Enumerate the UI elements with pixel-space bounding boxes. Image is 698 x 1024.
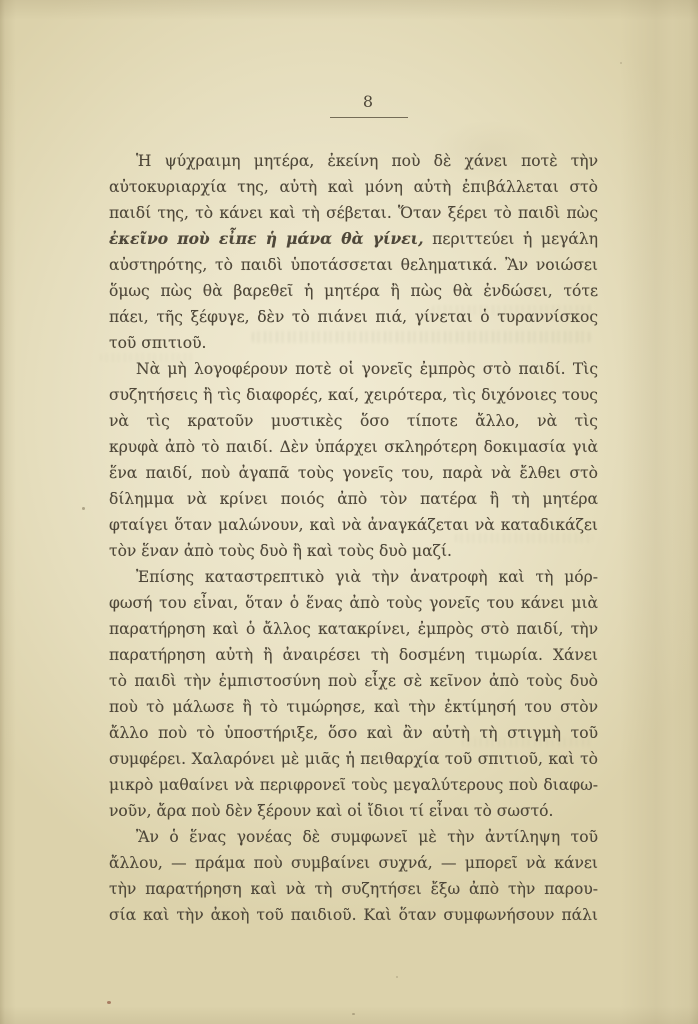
text-line: παιδί της, τὸ κάνει καὶ τὴ σέβεται. Ὅταν… <box>109 200 598 226</box>
text-line: ἐκεῖνο ποὺ εἶπε ἡ μάνα θὰ γίνει, περιττε… <box>109 226 598 252</box>
text-line: παρατήρηση αὐτὴ ἢ ἀναιρέσει τὴ δοσμένη τ… <box>109 642 598 668</box>
paragraph: Ἐπίσης καταστρεπτικὸ γιὰ τὴν ἀνατροφὴ κα… <box>109 564 598 824</box>
text-line: δίλημμα νὰ κρίνει ποιός ἀπὸ τὸν πατέρα ἢ… <box>109 486 598 512</box>
text-line: αὐστηρότης, τὸ παιδὶ ὑποτάσσεται θεληματ… <box>109 252 598 278</box>
text-line: κρυφὰ ἀπὸ τὸ παιδί. Δὲν ὑπάρχει σκληρότε… <box>109 434 598 460</box>
text-line: σία καὶ τὴν ἀκοὴ τοῦ παιδιοῦ. Καὶ ὅταν σ… <box>109 902 598 928</box>
paragraph: Ἡ ψύχραιμη μητέρα, ἐκείνη ποὺ δὲ χάνει π… <box>109 148 598 356</box>
text-line: συζητήσεις ἢ τὶς διαφορές, καί, χειρότερ… <box>109 382 598 408</box>
page-number: 8 <box>139 92 598 111</box>
text-line: φωσή του εἶναι, ὅταν ὁ ἕνας ἀπὸ τοὺς γον… <box>109 590 598 616</box>
text-line: νὰ τὶς κρατοῦν μυστικὲς ὅσο τίποτε ἄλλο,… <box>109 408 598 434</box>
text-block: Ἡ ψύχραιμη μητέρα, ἐκείνη ποὺ δὲ χάνει π… <box>109 148 598 928</box>
paper-speck <box>107 1001 111 1004</box>
text-line: ποὺ τὸ μάλωσε ἢ τὸ τιμώρησε, καὶ τὴν ἐκτ… <box>109 694 598 720</box>
text-line: φταίγει ὅταν μαλώνουν, καὶ νὰ ἀναγκάζετα… <box>109 512 598 538</box>
text-line: αὐτοκυριαρχία της, αὐτὴ καὶ μόνη αὐτὴ ἐπ… <box>109 174 598 200</box>
text-line: τὸ παιδὶ τὴν ἐμπιστοσύνη ποὺ εἶχε σὲ κεῖ… <box>109 668 598 694</box>
text-line: μικρὸ μαθαίνει νὰ περιφρονεῖ τοὺς μεγαλύ… <box>109 772 598 798</box>
text-line: νοῦν, ἄρα ποὺ δὲν ξέρουν καὶ οἱ ἴδιοι τί… <box>109 798 598 824</box>
text-line: ἄλλου, — πράμα ποὺ συμβαίνει συχνά, — μπ… <box>109 850 598 876</box>
text-line: παρατήρηση καὶ ὁ ἄλλος κατακρίνει, ἐμπρὸ… <box>109 616 598 642</box>
paper-speck <box>352 1013 355 1015</box>
paragraph: Ἂν ὁ ἕνας γονέας δὲ συμφωνεῖ μὲ τὴν ἀντί… <box>109 824 598 928</box>
text-line: τοῦ σπιτιοῦ. <box>109 330 598 356</box>
paper-speck <box>396 976 398 978</box>
text-line: ὅμως πὼς θὰ βαρεθεῖ ἡ μητέρα ἢ πὼς θὰ ἐν… <box>109 278 598 304</box>
text-segment: περιττεύει ἡ μεγάλη <box>424 230 598 248</box>
paragraph: Νὰ μὴ λογοφέρουν ποτὲ οἱ γονεῖς ἐμπρὸς σ… <box>109 356 598 564</box>
text-line: ἕνα παιδί, ποὺ ἀγαπᾶ τοὺς γονεῖς του, πα… <box>109 460 598 486</box>
page-header: 8 <box>109 92 598 118</box>
text-line: Ἐπίσης καταστρεπτικὸ γιὰ τὴν ἀνατροφὴ κα… <box>109 564 598 590</box>
book-page-scan: 8 Ἡ ψύχραιμη μητέρα, ἐκείνη ποὺ δὲ χάνει… <box>0 0 698 1024</box>
text-line: τὴν παρατήρηση καὶ νὰ τὴ συζητήσει ἔξω ἀ… <box>109 876 598 902</box>
text-line: ἄλλο ποὺ τὸ ὑποστήριξε, ὅσο καὶ ἂν αὐτὴ … <box>109 720 598 746</box>
text-line: Ἡ ψύχραιμη μητέρα, ἐκείνη ποὺ δὲ χάνει π… <box>109 148 598 174</box>
text-line: συμφέρει. Χαλαρόνει μὲ μιᾶς ἡ πειθαρχία … <box>109 746 598 772</box>
text-line: Νὰ μὴ λογοφέρουν ποτὲ οἱ γονεῖς ἐμπρὸς σ… <box>109 356 598 382</box>
paper-speck <box>620 62 622 64</box>
text-line: Ἂν ὁ ἕνας γονέας δὲ συμφωνεῖ μὲ τὴν ἀντί… <box>109 824 598 850</box>
page-number-rule <box>330 117 408 118</box>
text-line: πάει, τῆς ξέφυγε, δὲν τὸ πιάνει πιά, γίν… <box>109 304 598 330</box>
emphasized-text: ἐκεῖνο ποὺ εἶπε ἡ μάνα θὰ γίνει, <box>109 229 424 248</box>
paper-speck <box>82 507 85 510</box>
text-line: τὸν ἕναν ἀπὸ τοὺς δυὸ ἢ καὶ τοὺς δυὸ μαζ… <box>109 538 598 564</box>
